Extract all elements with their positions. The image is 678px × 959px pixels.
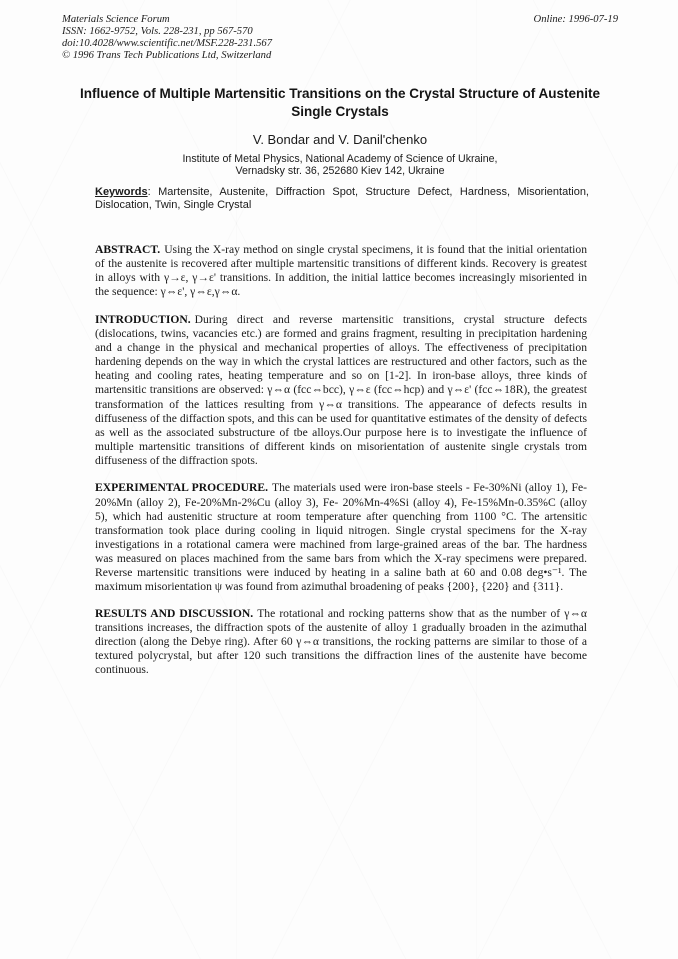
paper-body: ABSTRACT.Using the X-ray method on singl… [95,243,587,677]
keywords-block: Keywords: Martensite, Austenite, Diffrac… [95,186,589,212]
journal-name: Materials Science Forum [62,14,272,26]
section-introduction-body: During direct and reverse martensitic tr… [95,313,587,468]
journal-issn-line: ISSN: 1662-9752, Vols. 228-231, pp 567-5… [62,26,272,38]
section-results-heading: RESULTS AND DISCUSSION. [95,607,253,620]
section-abstract-heading: ABSTRACT. [95,243,160,256]
authors: V. Bondar and V. Danil'chenko [62,132,618,147]
online-date: Online: 1996-07-19 [534,14,618,26]
paper-title: Influence of Multiple Martensitic Transi… [66,85,614,121]
journal-info: Materials Science Forum ISSN: 1662-9752,… [62,14,272,62]
keywords-label: Keywords [95,186,148,198]
affiliation: Institute of Metal Physics, National Aca… [62,153,618,177]
keywords-list: Martensite, Austenite, Diffraction Spot,… [95,186,589,211]
section-abstract-body: Using the X-ray method on single crystal… [95,243,587,298]
keywords-separator: : [148,186,159,198]
section-results-discussion: RESULTS AND DISCUSSION.The rotational an… [95,607,587,678]
journal-copyright-line: © 1996 Trans Tech Publications Ltd, Swit… [62,50,272,62]
section-experimental-body: The materials used were iron-base steels… [95,481,587,593]
section-introduction-heading: INTRODUCTION. [95,313,191,326]
affiliation-line-2: Vernadsky str. 36, 252680 Kiev 142, Ukra… [62,165,618,177]
section-abstract: ABSTRACT.Using the X-ray method on singl… [95,243,587,300]
journal-header: Materials Science Forum ISSN: 1662-9752,… [62,14,618,62]
paper-page: Materials Science Forum ISSN: 1662-9752,… [0,0,678,959]
section-experimental-procedure: EXPERIMENTAL PROCEDURE.The materials use… [95,481,587,594]
journal-doi-line: doi:10.4028/www.scientific.net/MSF.228-2… [62,38,272,50]
section-introduction: INTRODUCTION.During direct and reverse m… [95,313,587,469]
affiliation-line-1: Institute of Metal Physics, National Aca… [62,153,618,165]
section-experimental-heading: EXPERIMENTAL PROCEDURE. [95,481,268,494]
